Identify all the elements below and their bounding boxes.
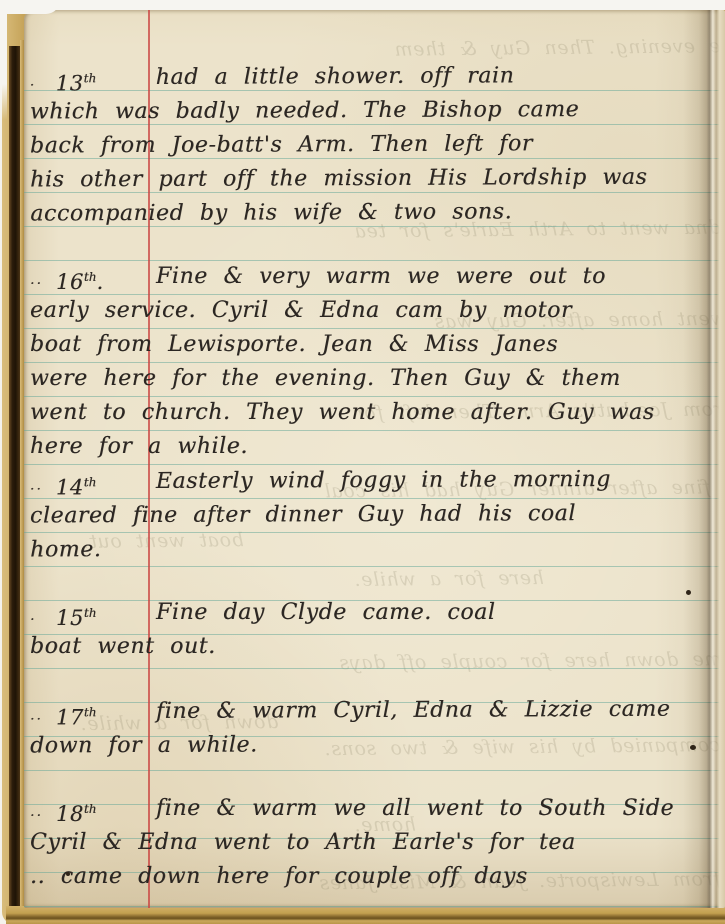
entry-line: back from Joe-batt's Arm. Then left for [30, 126, 718, 163]
ink-speck [686, 590, 691, 595]
entry-line: Cyril & Edna went to Arth Earle's for te… [30, 826, 718, 860]
entry-first-line: ..17thfine & warm Cyril, Edna & Lizzie c… [30, 692, 718, 729]
entry-text: Fine & very warm we were out to [156, 260, 718, 294]
entry-date: 15th [56, 596, 156, 630]
entry-leader-dots: . [30, 596, 56, 630]
scan-background-top [0, 0, 725, 10]
entry-line: down for a while. [30, 726, 718, 763]
entry-date: 18th [56, 792, 156, 826]
entry-day-number: 14 [56, 475, 84, 499]
entry-line: cleared fine after dinner Guy had his co… [30, 496, 718, 533]
book-cover-bottom-edge [6, 906, 725, 924]
entry-ordinal: th [84, 270, 97, 284]
entry-line: went to church. They went home after. Gu… [30, 396, 718, 430]
entry-line: boat from Lewisporte. Jean & Miss Janes [30, 328, 718, 362]
entry-leader-dots: .. [30, 695, 56, 729]
entry-day-number: 17 [56, 705, 84, 729]
entry-leader-dots: .. [30, 260, 56, 294]
diary-entry: ..17thfine & warm Cyril, Edna & Lizzie c… [30, 692, 718, 763]
scan-background-corner [0, 0, 60, 14]
diary-entry: .15thFine day Clyde came. coalboat went … [30, 596, 718, 664]
entry-ordinal: th [84, 71, 97, 85]
entry-line: accompanied by his wife & two sons. [30, 194, 718, 231]
entry-leader-dots: .. [30, 465, 56, 499]
entry-leader-dots: . [30, 61, 56, 95]
entry-line: boat went out. [30, 630, 718, 664]
entry-day-number: 16 [56, 270, 84, 294]
entry-line: which was badly needed. The Bishop came [30, 92, 718, 129]
diary-entries: .13thhad a little shower. off rainwhich … [30, 60, 718, 894]
entry-text: had a little shower. off rain [156, 58, 718, 94]
entry-line: were here for the evening. Then Guy & th… [30, 362, 718, 396]
entry-date: 14th [56, 465, 156, 499]
entry-leader-dots: .. [30, 792, 56, 826]
entry-line: early service. Cyril & Edna cam by motor [30, 294, 718, 328]
entry-line: his other part off the mission His Lords… [30, 160, 718, 197]
entry-date: 13th [56, 61, 156, 95]
entry-text: fine & warm Cyril, Edna & Lizzie came [156, 692, 718, 728]
entry-date-suffix: . [96, 270, 103, 294]
entry-first-line: .15thFine day Clyde came. coal [30, 596, 718, 630]
ink-bleed-through-line: were here for the evening. Then Guy & th… [394, 33, 725, 60]
entry-first-line: ..16th.Fine & very warm we were out to [30, 260, 718, 294]
diary-entry: ..16th.Fine & very warm we were out toea… [30, 260, 718, 464]
entry-day-number: 13 [56, 71, 84, 95]
entry-first-line: .13thhad a little shower. off rain [30, 58, 718, 95]
entry-text: Fine day Clyde came. coal [156, 596, 718, 630]
entry-ordinal: th [84, 705, 97, 719]
page-curl-edge [683, 10, 725, 908]
entry-day-number: 18 [56, 802, 84, 826]
notebook-page: were here for the evening. Then Guy & th… [24, 10, 725, 908]
entry-first-line: ..14thEasterly wind foggy in the morning [30, 462, 718, 499]
entry-line: here for a while. [30, 430, 718, 464]
diary-entry: .13thhad a little shower. off rainwhich … [30, 58, 719, 231]
diary-entry: ..14thEasterly wind foggy in the morning… [30, 462, 718, 567]
entry-date: 17th [56, 695, 156, 729]
ink-speck [690, 745, 696, 750]
entry-first-line: ..18thfine & warm we all went to South S… [30, 792, 718, 826]
entry-ordinal: th [84, 606, 97, 620]
ink-speck [66, 872, 70, 876]
book-spine-binding [9, 46, 20, 914]
entry-line: .. came down here for couple off days [30, 860, 718, 894]
entry-date: 16th. [56, 260, 156, 294]
scan-background-left [0, 0, 7, 120]
entry-text: fine & warm we all went to South Side [156, 792, 718, 826]
diary-entry: ..18thfine & warm we all went to South S… [30, 792, 718, 894]
entry-text: Easterly wind foggy in the morning [156, 462, 718, 498]
entry-line: home. [30, 530, 718, 567]
entry-ordinal: th [84, 475, 97, 489]
entry-day-number: 15 [56, 606, 84, 630]
entry-ordinal: th [84, 802, 97, 816]
